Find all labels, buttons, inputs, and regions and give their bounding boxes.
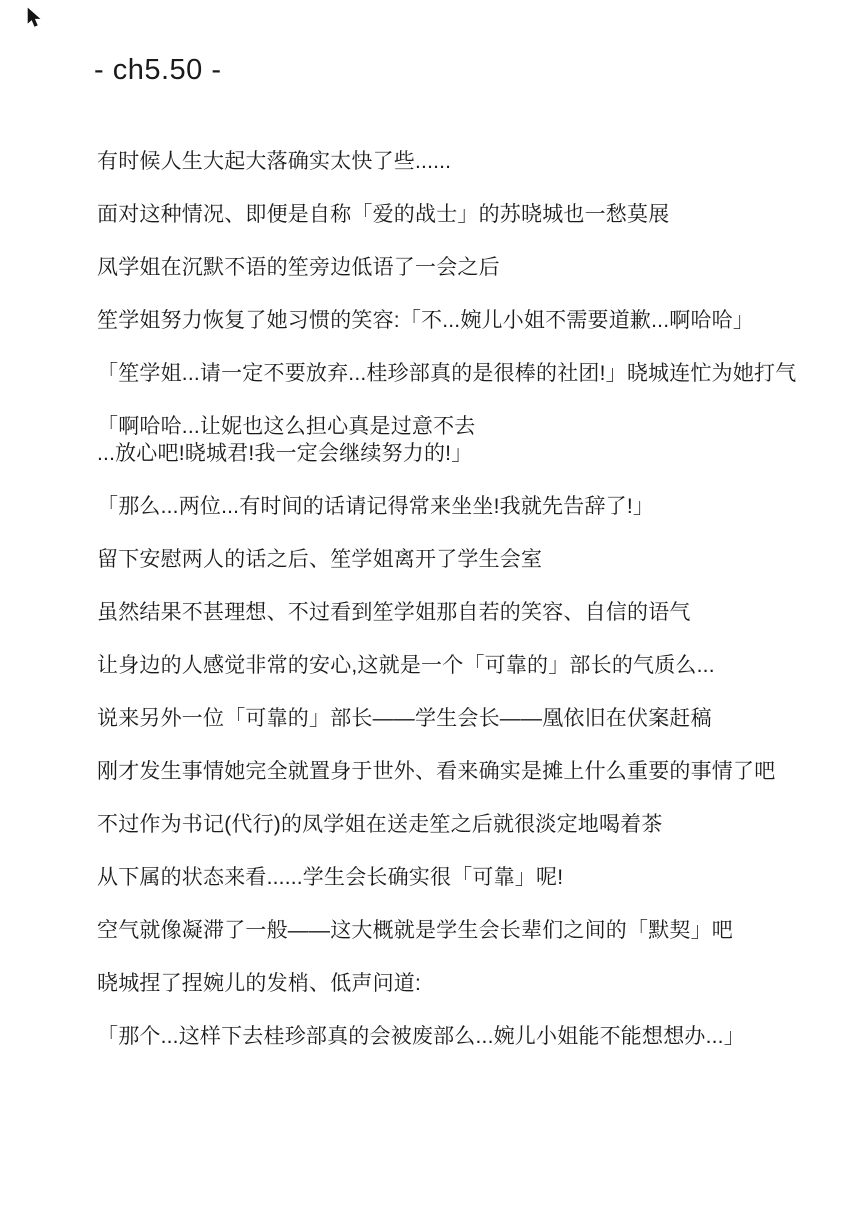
paragraph-17: 「那个...这样下去桂珍部真的会被废部么...婉儿小姐能不能想想办...」: [97, 1023, 817, 1050]
paragraph-10: 让身边的人感觉非常的安心,这就是一个「可靠的」部长的气质么...: [97, 652, 817, 679]
cursor-icon: [27, 7, 42, 28]
paragraph-9: 虽然结果不甚理想、不过看到笙学姐那自若的笑容、自信的语气: [97, 599, 817, 626]
paragraph-2: 面对这种情况、即便是自称「爱的战士」的苏晓城也一愁莫展: [97, 201, 817, 228]
chapter-title: - ch5.50 -: [94, 54, 222, 87]
paragraph-7: 「那么...两位...有时间的话请记得常来坐坐!我就先告辞了!」: [97, 493, 817, 520]
paragraph-6: 「啊哈哈...让妮也这么担心真是过意不去 ...放心吧!晓城君!我一定会继续努力…: [97, 413, 817, 467]
paragraph-8: 留下安慰两人的话之后、笙学姐离开了学生会室: [97, 546, 817, 573]
paragraph-12: 刚才发生事情她完全就置身于世外、看来确实是摊上什么重要的事情了吧: [97, 758, 817, 785]
document-page: - ch5.50 - 有时候人生大起大落确实太快了些...... 面对这种情况、…: [0, 0, 868, 1227]
paragraph-15: 空气就像凝滞了一般——这大概就是学生会长辈们之间的「默契」吧: [97, 917, 817, 944]
paragraph-16: 晓城捏了捏婉儿的发梢、低声问道:: [97, 970, 817, 997]
paragraph-5: 「笙学姐...请一定不要放弃...桂珍部真的是很棒的社团!」晓城连忙为她打气: [97, 360, 817, 387]
paragraph-3: 凤学姐在沉默不语的笙旁边低语了一会之后: [97, 254, 817, 281]
paragraph-14: 从下属的状态来看......学生会长确实很「可靠」呢!: [97, 864, 817, 891]
chapter-body: 有时候人生大起大落确实太快了些...... 面对这种情况、即便是自称「爱的战士」…: [97, 148, 817, 1076]
paragraph-4: 笙学姐努力恢复了她习惯的笑容:「不...婉儿小姐不需要道歉...啊哈哈」: [97, 307, 817, 334]
paragraph-11: 说来另外一位「可靠的」部长——学生会长——凰依旧在伏案赶稿: [97, 705, 817, 732]
paragraph-1: 有时候人生大起大落确实太快了些......: [97, 148, 817, 175]
paragraph-13: 不过作为书记(代行)的凤学姐在送走笙之后就很淡定地喝着茶: [97, 811, 817, 838]
